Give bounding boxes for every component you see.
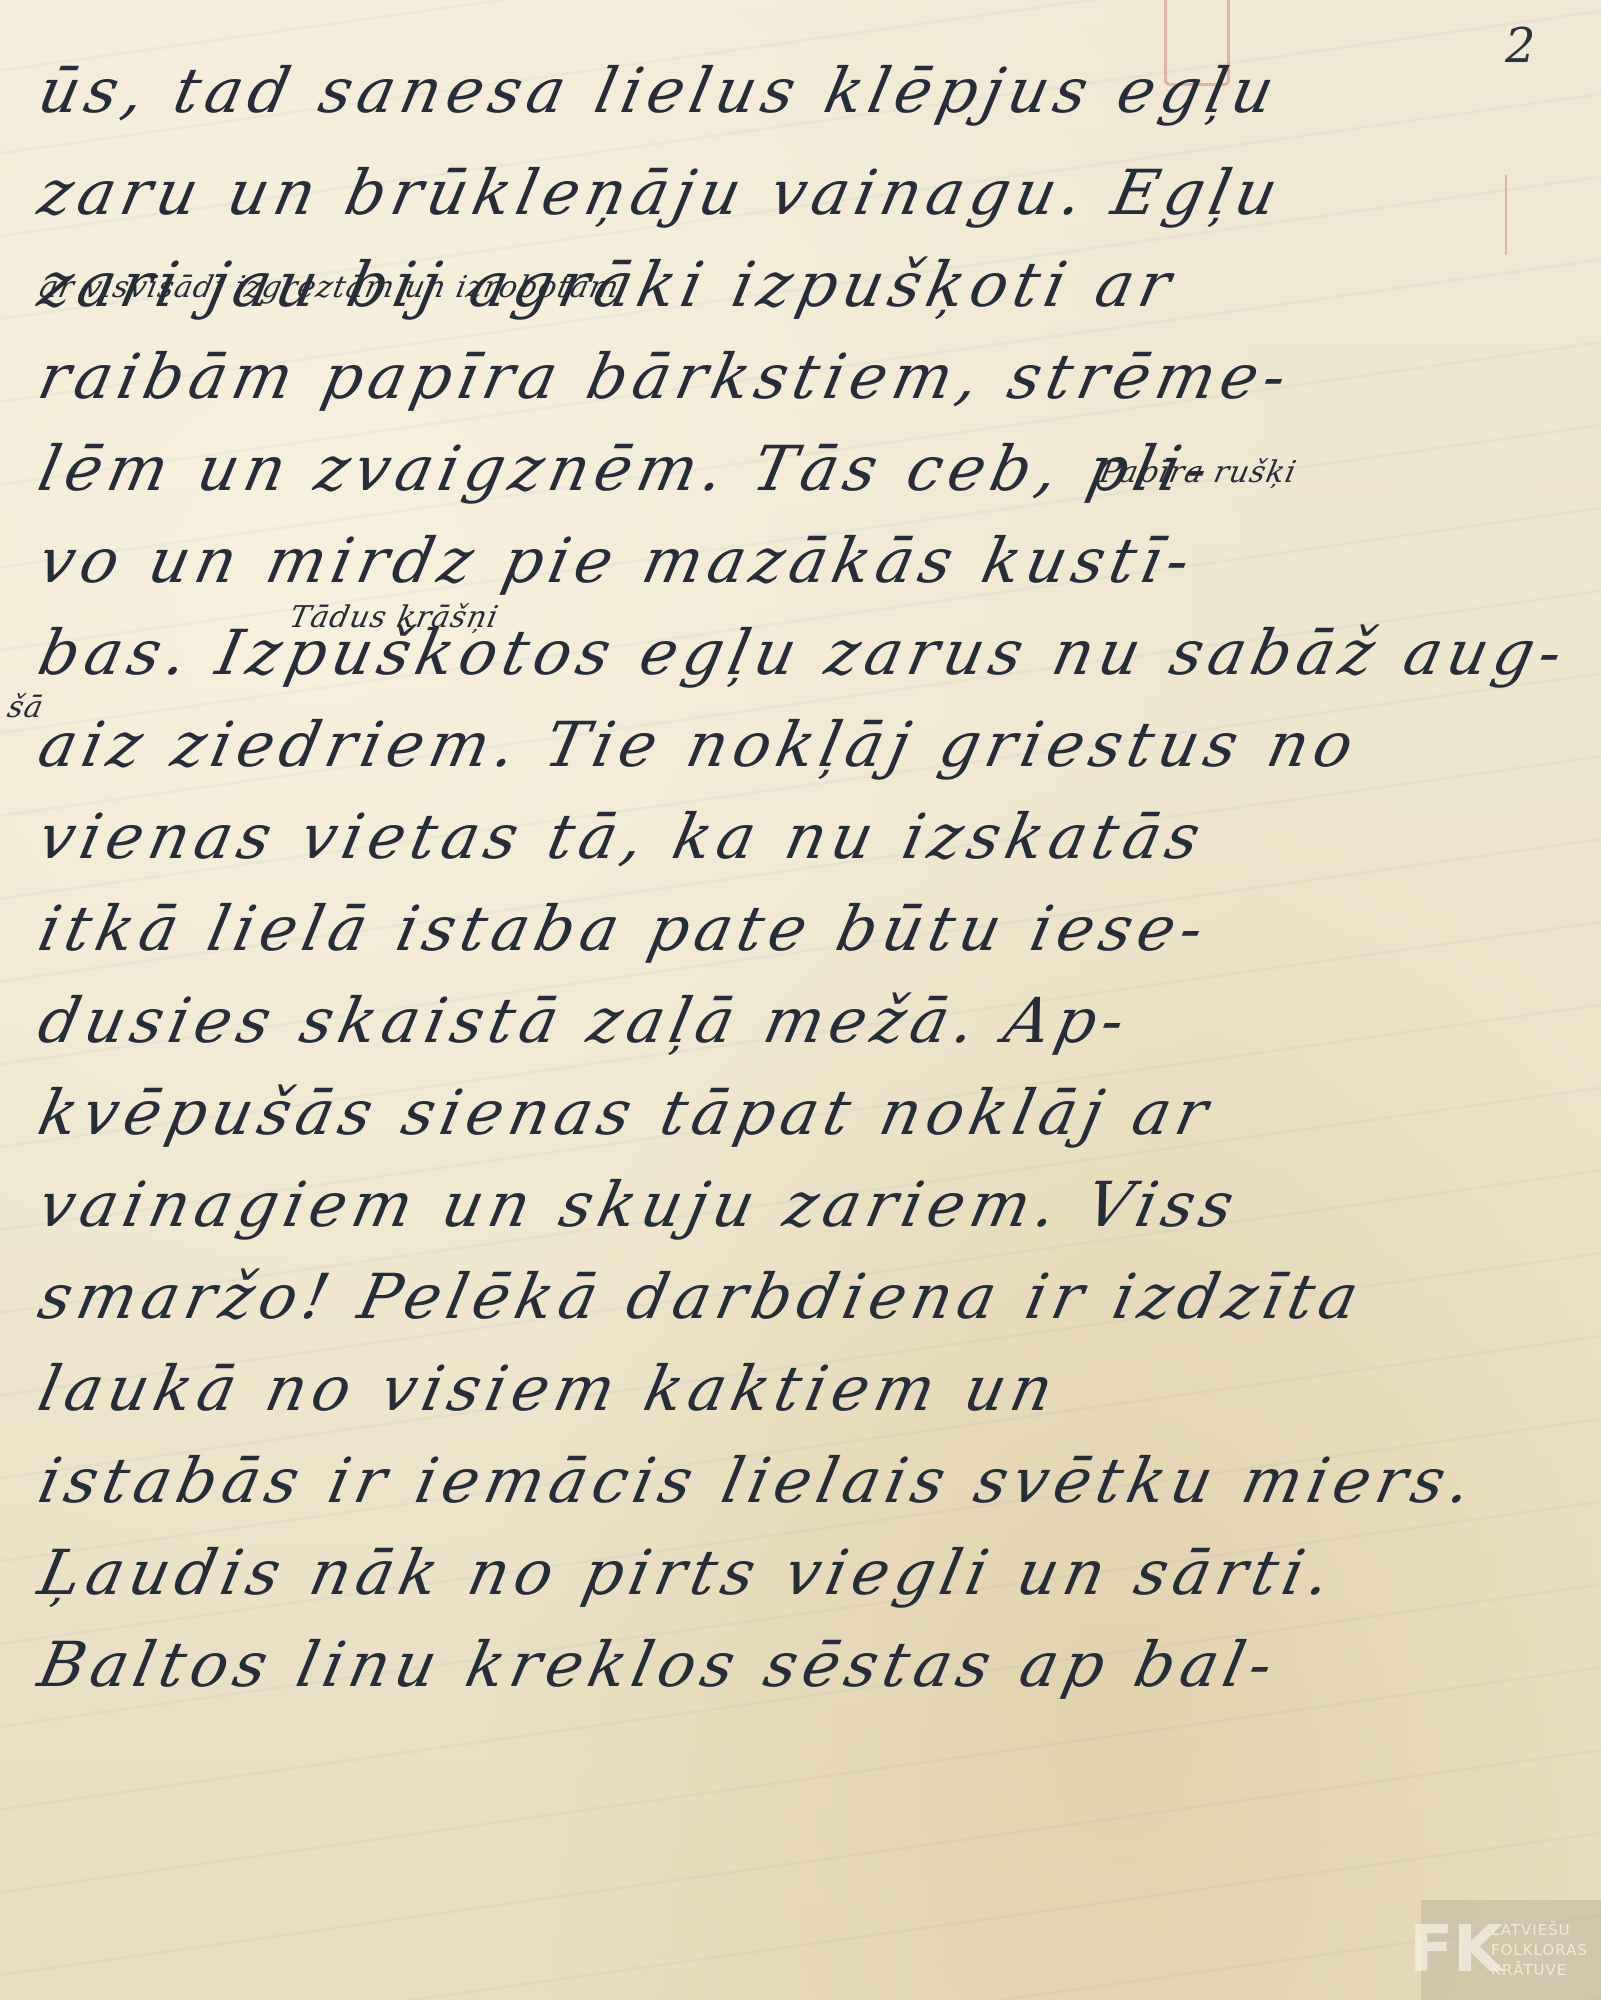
manuscript-line: ūs, tad sanesa lielus klēpjus egļu [31, 50, 1568, 132]
interlinear-insert: šā [4, 690, 47, 725]
interlinear-insert: ar visvisādi izgreztām un izrobotām [36, 270, 622, 305]
manuscript-line: smaržo! Pelēkā darbdiena ir izdzīta [31, 1256, 1568, 1338]
interlinear-insert: Tādus krāšņi [286, 600, 502, 635]
manuscript-line: raibām papīra bārkstiem, strēme- [31, 336, 1568, 418]
manuscript-line: vainagiem un skuju zariem. Viss [31, 1164, 1568, 1246]
manuscript-line: lēm un zvaigznēm. Tās ceb, pli- [31, 428, 1568, 510]
manuscript-line: vo un mirdz pie mazākās kustī- [31, 520, 1568, 602]
manuscript-line: aiz ziedriem. Tie nokļāj griestus no [31, 704, 1568, 786]
interlinear-insert: Papīra rušķi [1096, 455, 1300, 490]
handwritten-text: ūs, tad sanesa lielus klēpjus egļu zaru … [40, 20, 1560, 1496]
manuscript-line: vienas vietas tā, ka nu izskatās [31, 796, 1568, 878]
manuscript-line: zaru un brūkleņāju vainagu. Egļu [31, 152, 1568, 234]
archive-logo-icon: FK [1421, 1900, 1491, 2000]
manuscript-line: kvēpušās sienas tāpat noklāj ar [31, 1072, 1568, 1154]
manuscript-line: Ļaudis nāk no pirts viegli un sārti. [31, 1532, 1568, 1614]
manuscript-page: 2 ūs, tad sanesa lielus klēpjus egļu zar… [0, 0, 1601, 2000]
manuscript-line: bas. Izpuškotos egļu zarus nu sabāž aug- [31, 612, 1568, 694]
manuscript-line: dusies skaistā zaļā mežā. Ap- [31, 980, 1568, 1062]
folklore-archive-watermark: FK LATVIEŠU FOLKLORAS KRĀTUVE [1421, 1900, 1601, 2000]
watermark-line: KRĀTUVE [1491, 1960, 1588, 1980]
manuscript-line: istabās ir iemācis lielais svētku miers. [31, 1440, 1568, 1522]
watermark-line: FOLKLORAS [1491, 1940, 1588, 1960]
watermark-line: LATVIEŠU [1491, 1920, 1588, 1940]
manuscript-line: laukā no visiem kaktiem un [31, 1348, 1568, 1430]
manuscript-line: itkā lielā istaba pate būtu iese- [31, 888, 1568, 970]
manuscript-line: Baltos linu kreklos sēstas ap bal- [31, 1624, 1568, 1706]
